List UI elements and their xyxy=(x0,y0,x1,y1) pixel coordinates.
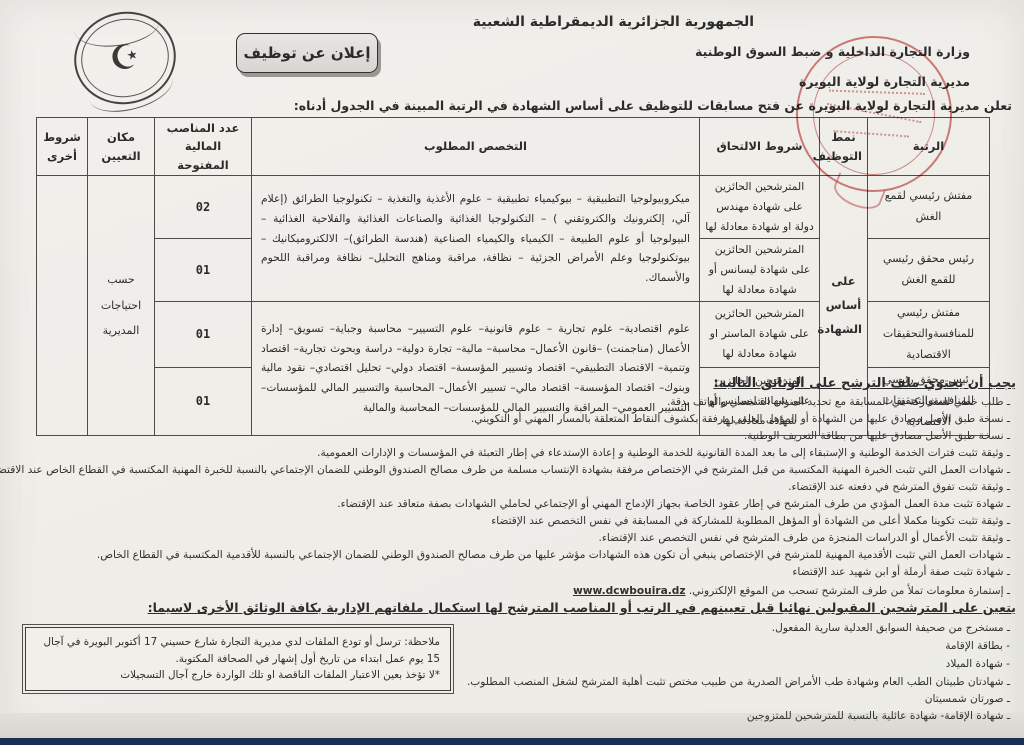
final-item: - شهادة الميلاد xyxy=(946,658,1010,670)
final-item: - بطاقة الإقامة xyxy=(945,640,1010,652)
document-item: ـ شهادات العمل التي تثبت الأقدمية المهني… xyxy=(97,549,1010,561)
country-title: الجمهورية الجزائرية الديمقراطية الشعبية xyxy=(473,14,754,30)
document-item: ـ وثيقة تثبت تكوينا مكملا أعلى من الشهاد… xyxy=(491,515,1010,527)
document-item: ـ شهادات العمل التي تثبت الخبرة المهنية … xyxy=(0,464,1010,476)
final-item: ـ صورتان شمسيتان xyxy=(925,693,1010,705)
intro-sentence: تعلن مديرية التجارة لولاية البويرة عن فت… xyxy=(294,98,1012,113)
table-header-row: الرتبة نمط التوظيف شروط الالتحاق التخصص … xyxy=(37,118,990,176)
directorate-seal-icon: ☪ xyxy=(66,2,185,113)
note-line: 15 يوم عمل ابتداء من تاريخ أول إشهار في … xyxy=(36,651,440,668)
stamp-script-line xyxy=(829,90,925,95)
col-header-rank: الرتبة xyxy=(868,118,990,176)
table-row: مفتش رئيسي لقمع الغش على أساس الشهادة ال… xyxy=(37,176,990,239)
col-header-location: مكان التعيين xyxy=(88,118,155,176)
condition-cell: المترشحين الحائزين على شهادة الماستر او … xyxy=(700,301,820,367)
job-announcement-document: ☪ إعلان عن توظيف الجمهورية الجزائرية الد… xyxy=(0,0,1024,745)
note-box: ملاحظة: ترسل أو تودع الملفات لدي مديرية … xyxy=(25,627,451,691)
other-conditions-cell xyxy=(37,176,88,435)
announcement-label: إعلان عن توظيف xyxy=(244,44,371,62)
document-item: ـ نسخة طبق الأصل مصادق عليها من الشهادة … xyxy=(471,413,1010,425)
assignment-location-cell: حسب احتياجات المديرية xyxy=(88,176,155,435)
positions-count-cell: 01 xyxy=(155,367,252,435)
final-item: ـ شهادتان طبيتان الطب العام وشهادة طب ال… xyxy=(467,676,1010,688)
directorate-name: مديرية التجارة لولاية البويرة xyxy=(799,74,970,89)
document-item: ـ شهادة تثبت صفة أرملة أو ابن شهيد عند ا… xyxy=(792,566,1010,578)
document-item: ـ شهادة تثبت مدة العمل المؤدي من طرف الم… xyxy=(337,498,1010,510)
positions-count-cell: 01 xyxy=(155,301,252,367)
col-header-specialization: التخصص المطلوب xyxy=(252,118,700,176)
rank-cell: مفتش رئيسي للمنافسةوالتحقيقات الاقتصادية xyxy=(868,301,990,367)
document-item: ـ نسخة طبق الأصل مصادق عليها من بطاقة ال… xyxy=(744,430,1010,442)
ministry-name: وزارة التجارة الداخلية و ضبط السوق الوطن… xyxy=(695,44,970,59)
col-header-other: شروط أخرى xyxy=(37,118,88,176)
note-line: ملاحظة: ترسل أو تودع الملفات لدي مديرية … xyxy=(36,634,440,651)
col-header-positions: عدد المناصب المالية المفتوحة xyxy=(155,118,252,176)
document-item: ـ وثيقة تثبت تفوق المترشح في دفعته عند ا… xyxy=(788,481,1010,493)
document-item: ـ طلب خطي للمشاركة في المسابقة مع تحديد … xyxy=(667,396,1010,408)
document-item: ـ وثيقة تثبت الأعمال أو الدراسات المنجزة… xyxy=(598,532,1010,544)
star-and-crescent-icon: ☪ xyxy=(66,2,185,113)
final-section-heading: يتعين على المترشحين المقبولين نهائيا قبل… xyxy=(148,600,1016,615)
info-form-text: ـ إستمارة معلومات تملأ من طرف المترشح تس… xyxy=(689,585,1010,597)
website-url-link: www.dcwbouira.dz xyxy=(573,585,686,597)
documents-section-heading: يجب أن يحتوي ملف الترشح على الوثائق التا… xyxy=(713,376,1016,391)
announcement-title-box: إعلان عن توظيف xyxy=(236,33,378,73)
bottom-navy-bar xyxy=(0,738,1024,745)
positions-count-cell: 01 xyxy=(155,239,252,302)
rank-cell: رئيس محقق رئيسي للقمع الغش xyxy=(868,239,990,302)
rank-cell: مفتش رئيسي لقمع الغش xyxy=(868,176,990,239)
positions-count-cell: 02 xyxy=(155,176,252,239)
col-header-conditions: شروط الالتحاق xyxy=(700,118,820,176)
note-line: *لا تؤخذ بعين الاعتبار الملفات الناقصة ا… xyxy=(36,667,440,684)
final-item: ـ مستخرج من صحيفة السوابق العدلية سارية … xyxy=(772,622,1010,634)
final-item: ـ شهادة الإقامة- شهادة عائلية بالنسبة لل… xyxy=(747,710,1010,722)
document-item-info-form: ـ إستمارة معلومات تملأ من طرف المترشح تس… xyxy=(573,585,1010,597)
specialization-cell: ميكروبيولوجيا التطبيقية – بيوكيمياء تطبي… xyxy=(252,176,700,302)
condition-cell: المترشحين الحائزين على شهادة ليسانس أو ش… xyxy=(700,239,820,302)
document-item: ـ وثيقة تثبت فترات الخدمة الوطنية و الإس… xyxy=(317,447,1010,459)
condition-cell: المترشحين الحائزين على شهادة مهندس دولة … xyxy=(700,176,820,239)
col-header-mode: نمط التوظيف xyxy=(820,118,868,176)
